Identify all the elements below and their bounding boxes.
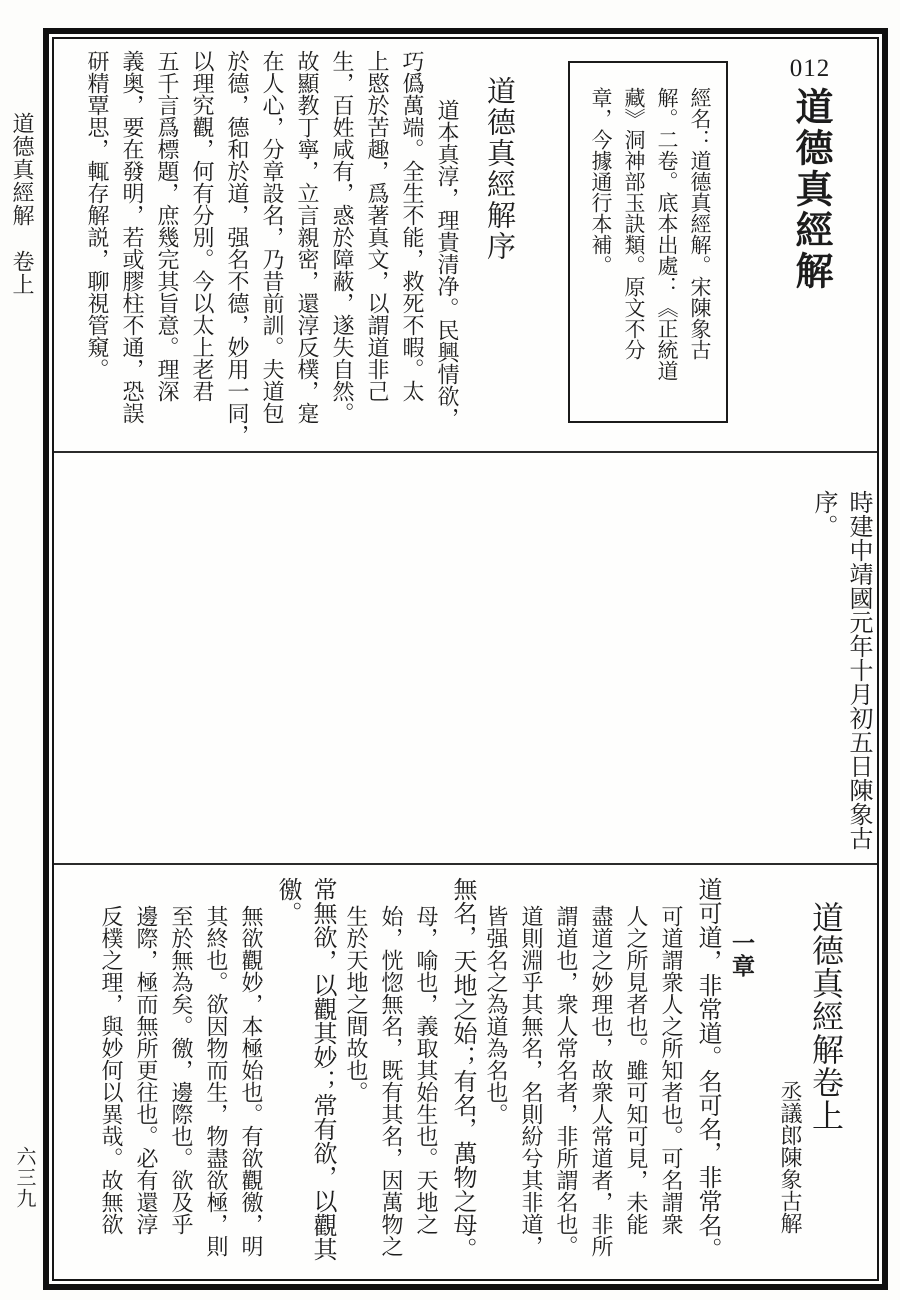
commentary-column: 生於天地之間故也。 — [339, 865, 374, 1277]
preface-column: 生，百姓咸有，惑於障蔽，遂失自然。 — [325, 50, 360, 449]
scripture-column: 常無欲，以觀其妙；常有欲，以觀其 — [304, 865, 339, 1277]
inner-border: 012 道德真經解 經名：道德真經解。宋陳象古解。二卷。底本出處：《正統道藏》洞… — [52, 37, 879, 1281]
section-preface: 012 道德真經解 經名：道德真經解。宋陳象古解。二卷。底本出處：《正統道藏》洞… — [54, 39, 877, 451]
preface-date-column: 時建中靖國元年十月初五日陳象古 — [840, 490, 875, 857]
catalog-number: 012 — [785, 55, 835, 83]
scripture-column: 道可道，非常道。名可名，非常名。 — [689, 865, 724, 1277]
colophon-column: 解。二卷。底本出處：《正統道 — [650, 87, 683, 407]
preface-text: 道德真經解序道本真淳，理貴清净。民興情欲，巧僞萬端。全生不能，救死不暇。太上愍於… — [58, 50, 516, 449]
preface-column: 義奥，要在發明，若或膠柱不通，恐誤 — [115, 50, 150, 449]
outer-border: 012 道德真經解 經名：道德真經解。宋陳象古解。二卷。底本出處：《正統道藏》洞… — [43, 28, 888, 1290]
preface-column: 以理究觀，何有分別。今以太上老君 — [185, 50, 220, 449]
commentary-column: 邊際，極而無所更往也。必有還淳 — [129, 865, 164, 1277]
preface-column: 道本真淳，理貴清净。民興情欲， — [430, 50, 465, 449]
commentary-column: 反樸之理，與妙何以異哉。故無欲 — [94, 865, 129, 1277]
commentary-column: 無欲觀妙，本極始也。有欲觀徼，明 — [234, 865, 269, 1277]
scripture-column: 無名，天地之始；有名，萬物之母。 — [444, 865, 479, 1277]
commentary-column: 可道謂衆人之所知者也。可名謂衆 — [654, 865, 689, 1277]
colophon-column: 章，今據通行本補。 — [584, 87, 617, 407]
section-chapter-one: 道德真經解卷上丞議郎陳象古解一章道可道，非常道。名可名，非常名。可道謂衆人之所知… — [54, 865, 877, 1279]
preface-column: 在人心，分章設名，乃昔前訓。夫道包 — [255, 50, 290, 449]
preface-column: 於德，德和於道，强名不德，妙用一同， — [220, 50, 255, 449]
preface-column: 五千言爲標題，庶幾完其旨意。理深 — [150, 50, 185, 449]
colophon-column: 藏》洞神部玉訣類。原文不分 — [617, 87, 650, 407]
colophon-box: 經名：道德真經解。宋陳象古解。二卷。底本出處：《正統道藏》洞神部玉訣類。原文不分… — [568, 61, 728, 423]
commentary-column: 母，喻也，義取其始生也。天地之 — [409, 865, 444, 1277]
colophon-text: 經名：道德真經解。宋陳象古解。二卷。底本出處：《正統道藏》洞神部玉訣類。原文不分… — [574, 87, 716, 407]
folio-number: 六三九 — [12, 1146, 36, 1209]
commentary-column: 謂道也，衆人常名者，非所謂名也。 — [549, 865, 584, 1277]
preface-date-text: 時建中靖國元年十月初五日陳象古序。 — [735, 490, 875, 857]
commentary-column: 始，恍惚無名，既有其名，因萬物之 — [374, 865, 409, 1277]
chapter-one-text: 道德真經解卷上丞議郎陳象古解一章道可道，非常道。名可名，非常名。可道謂衆人之所知… — [56, 865, 843, 1277]
commentary-column: 其終也。欲因物而生，物盡欲極，則 — [199, 865, 234, 1277]
preface-title: 道德真經解序 — [481, 50, 516, 449]
section-preface-date: 時建中靖國元年十月初五日陳象古序。 — [54, 453, 877, 863]
preface-column: 巧僞萬端。全生不能，救死不暇。太 — [395, 50, 430, 449]
volume-heading: 道德真經解卷上 — [808, 865, 843, 1277]
author-byline: 丞議郎陳象古解 — [773, 865, 808, 1277]
preface-column: 研精覃思，輒存解説，聊視管窺。 — [80, 50, 115, 449]
colophon-column: 經名：道德真經解。宋陳象古 — [683, 87, 716, 407]
commentary-column: 道則淵乎其無名，名則紛兮其非道， — [514, 865, 549, 1277]
commentary-column: 皆强名之為道為名也。 — [479, 865, 514, 1277]
chapter-heading: 一章 — [724, 865, 759, 1277]
book-title: 道德真經解 — [786, 87, 834, 292]
preface-column: 故顯教丁寧，立言親密，還淳反樸，寔 — [290, 50, 325, 449]
masthead: 012 道德真經解 — [785, 55, 835, 297]
running-title: 道德真經解 卷上 — [9, 112, 35, 296]
preface-column: 上愍於苦趣，爲著真文，以謂道非己 — [360, 50, 395, 449]
commentary-column: 盡道之妙理也，故衆人常道者，非所 — [584, 865, 619, 1277]
commentary-column: 人之所見者也。雖可知可見，未能 — [619, 865, 654, 1277]
scanned-book-page: 道德真經解 卷上 六三九 012 道德真經解 經名：道德真經解。宋陳象古解。二卷… — [0, 0, 900, 1300]
preface-date-column: 序。 — [805, 490, 840, 857]
scripture-column: 徼。 — [269, 865, 304, 1277]
commentary-column: 至於無為矣。徼，邊際也。欲及乎 — [164, 865, 199, 1277]
